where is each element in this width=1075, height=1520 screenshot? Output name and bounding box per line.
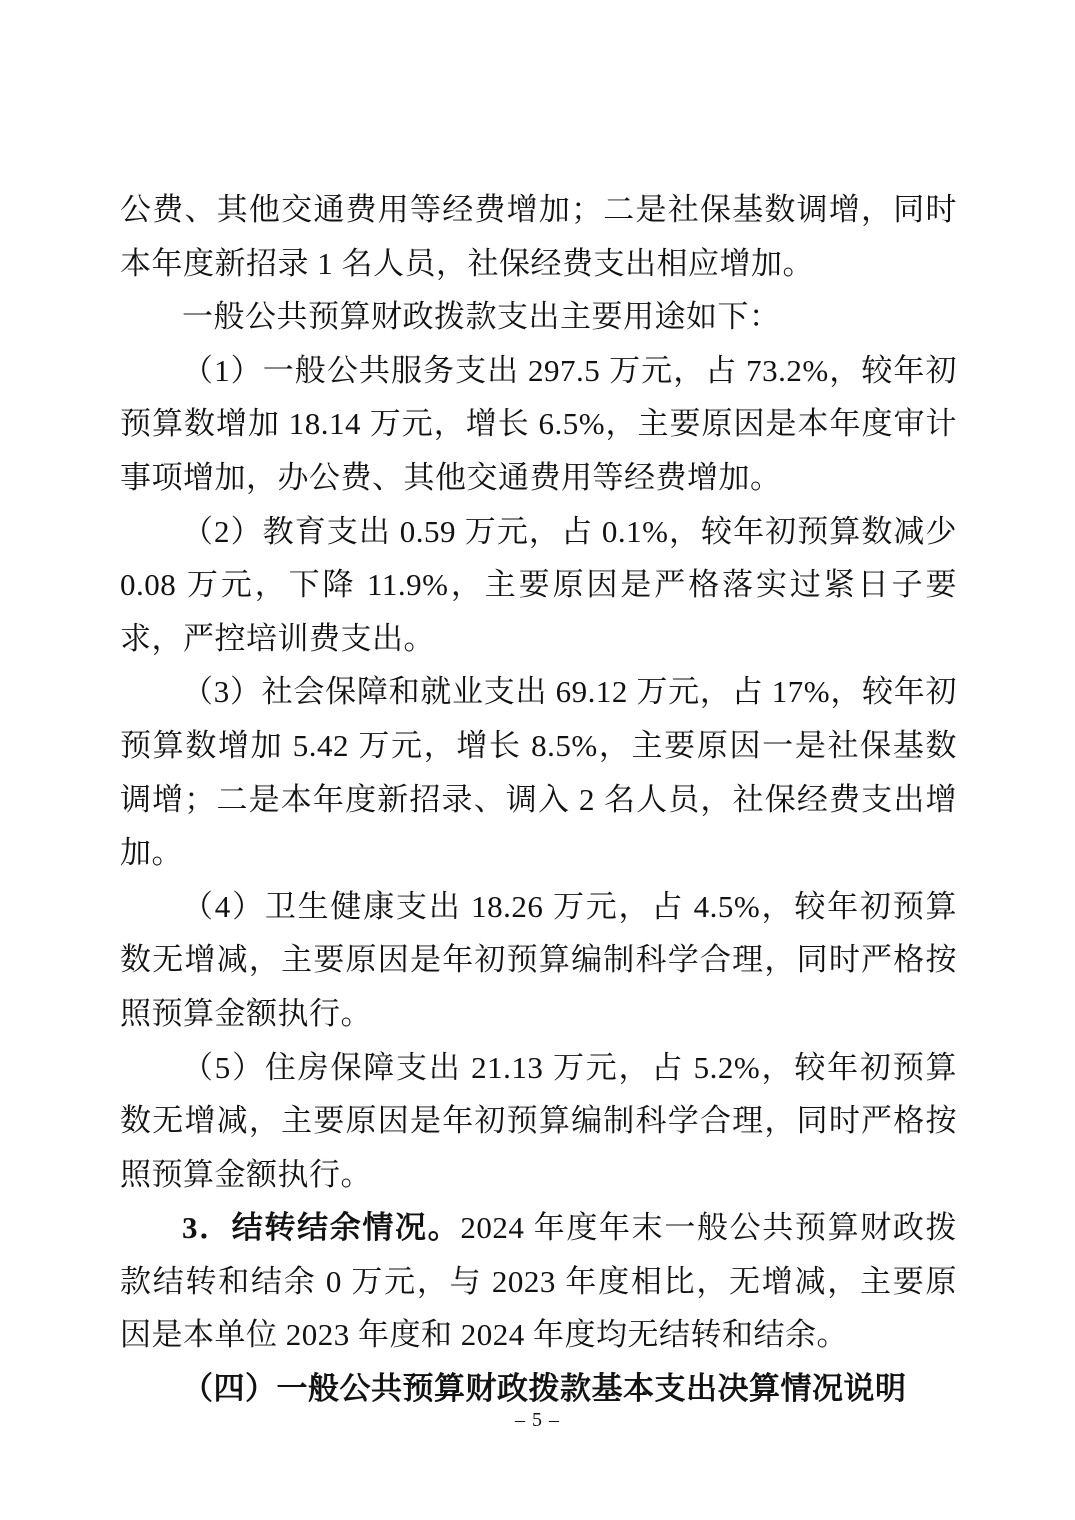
text-run: （4）卫生健康支出 18.26 万元，占 4.5%，较年初预算数无增减，主要原因… [120, 889, 957, 1031]
text-run-bold: 3．结转结余情况。 [182, 1210, 460, 1245]
document-page: 公费、其他交通费用等经费增加；二是社保基数调增，同时本年度新招录 1 名人员，社… [0, 0, 1075, 1520]
paragraph: （1）一般公共服务支出 297.5 万元，占 73.2%，较年初预算数增加 18… [120, 344, 957, 505]
paragraph: （5）住房保障支出 21.13 万元，占 5.2%，较年初预算数无增减，主要原因… [120, 1041, 957, 1202]
text-run: （5）住房保障支出 21.13 万元，占 5.2%，较年初预算数无增减，主要原因… [120, 1050, 957, 1192]
text-run: （2）教育支出 0.59 万元，占 0.1%，较年初预算数减少 0.08 万元，… [120, 514, 957, 656]
paragraph: （2）教育支出 0.59 万元，占 0.1%，较年初预算数减少 0.08 万元，… [120, 505, 957, 666]
document-body: 公费、其他交通费用等经费增加；二是社保基数调增，同时本年度新招录 1 名人员，社… [120, 183, 957, 1416]
text-run: （1）一般公共服务支出 297.5 万元，占 73.2%，较年初预算数增加 18… [120, 353, 957, 495]
paragraph: 一般公共预算财政拨款支出主要用途如下： [120, 290, 957, 344]
paragraph: 公费、其他交通费用等经费增加；二是社保基数调增，同时本年度新招录 1 名人员，社… [120, 183, 957, 290]
page-number: – 5 – [0, 1406, 1075, 1434]
text-run: 一般公共预算财政拨款支出主要用途如下： [182, 299, 781, 334]
text-run: （3）社会保障和就业支出 69.12 万元，占 17%，较年初预算数增加 5.4… [120, 674, 957, 870]
text-run: 公费、其他交通费用等经费增加；二是社保基数调增，同时本年度新招录 1 名人员，社… [120, 192, 957, 281]
paragraph: （3）社会保障和就业支出 69.12 万元，占 17%，较年初预算数增加 5.4… [120, 665, 957, 879]
text-run-bold: （四）一般公共预算财政拨款基本支出决算情况说明 [182, 1371, 907, 1406]
paragraph: （4）卫生健康支出 18.26 万元，占 4.5%，较年初预算数无增减，主要原因… [120, 880, 957, 1041]
paragraph: 3．结转结余情况。2024 年度年末一般公共预算财政拨款结转和结余 0 万元，与… [120, 1201, 957, 1362]
